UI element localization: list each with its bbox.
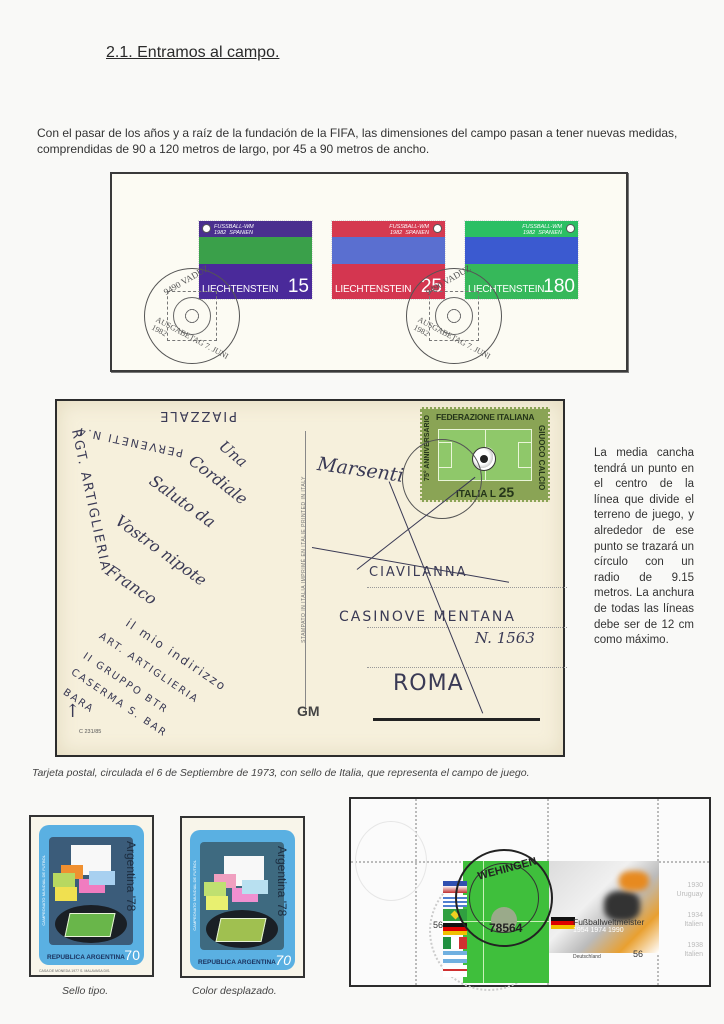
germany-souvenir-sheet: 56 Fußballweltmeister 1954 1974 1990 Deu… bbox=[349, 797, 711, 987]
side-description: La media cancha tendrá un punto en el ce… bbox=[594, 446, 694, 649]
winner-1938: 1938Italien bbox=[684, 941, 703, 959]
stamp-country: Deutschland bbox=[573, 954, 601, 960]
address-number: N. 1563 bbox=[475, 629, 535, 647]
stamp-country: LIECHTENSTEIN bbox=[335, 284, 411, 295]
winner-1934: 1934Italien bbox=[684, 911, 703, 929]
publisher-logo: GM bbox=[297, 703, 320, 719]
card-code: C 231/85 bbox=[79, 729, 101, 735]
stamp-value-right: 56 bbox=[633, 949, 643, 959]
address-underline bbox=[373, 718, 540, 721]
stamp-value: 15 bbox=[288, 277, 309, 297]
football-icon bbox=[202, 224, 211, 233]
intro-paragraph: Con el pasar de los años y a raíz de la … bbox=[37, 125, 697, 157]
football-icon bbox=[566, 224, 575, 233]
postmark-vaduz-left: 9490 VADUZ AUSGABETAG 7. JUNI 1982 bbox=[144, 268, 240, 364]
stamp-argentina-normal: Argentina '78 CAMPEONATO MUNDIAL DE FUTB… bbox=[29, 815, 154, 977]
postmark-vaduz-right: 9490 VADUZ AUSGABETAG 7. JUNI 1982 bbox=[406, 268, 502, 364]
stamp-imprint: CASA DE MONEDA 1977 S. MALAVASA DIS. bbox=[39, 969, 110, 973]
stamp-value: 70 bbox=[275, 952, 291, 968]
handwriting-line: Una bbox=[215, 437, 251, 471]
arrow-up-icon: ↑ bbox=[65, 701, 80, 722]
football-icon bbox=[433, 224, 442, 233]
stamp-title: Argentina '78 bbox=[124, 841, 138, 911]
handwriting-line: PERVENETI N.4 bbox=[76, 424, 185, 459]
handwriting-line: PIAZZALE bbox=[158, 408, 237, 423]
football-field-illustration bbox=[215, 918, 266, 942]
postcard: PIAZZALE PERVENETI N.4 RGT. ARTIGLIERIA … bbox=[55, 399, 565, 757]
stamp-value: 180 bbox=[543, 277, 575, 297]
page-title: 2.1. Entramos al campo. bbox=[106, 44, 279, 62]
liechtenstein-stamp-card: FUSSBALL-WM 1982 SPANIEN LIECHTENSTEIN 1… bbox=[110, 172, 628, 372]
address-city: ROMA bbox=[393, 671, 464, 696]
stamp-side-text: CAMPEONATO MUNDIAL DE FUTBOL bbox=[41, 855, 46, 926]
stamp-header: FUSSBALL-WM 1982 SPANIEN bbox=[214, 224, 254, 236]
stamp-country: REPUBLICA ARGENTINA bbox=[47, 954, 125, 961]
stamp-italia-25: FEDERAZIONE ITALIANA 75° ANNIVERSARIO GI… bbox=[420, 407, 550, 502]
stamp-header: FUSSBALL-WM 1982 SPANIEN bbox=[522, 224, 562, 236]
stamp-country: REPUBLICA ARGENTINA bbox=[198, 959, 276, 966]
printed-in-italy-text: STAMPATO IN ITALIA IMPRIMÉ EN ITALIE PRI… bbox=[301, 476, 307, 643]
stamp-value-left: 56 bbox=[433, 920, 443, 930]
address-street: CASINOVE MENTANA bbox=[339, 609, 516, 625]
stamp-title: Fußballweltmeister bbox=[573, 917, 644, 927]
address-greeting: Marsenti bbox=[316, 453, 405, 487]
stamp-top-text: FEDERAZIONE ITALIANA bbox=[436, 412, 534, 422]
stamp-header: FUSSBALL-WM 1982 SPANIEN bbox=[389, 224, 429, 236]
caption-sello-tipo: Sello tipo. bbox=[62, 985, 108, 997]
winner-1930: 1930Uruguay bbox=[677, 881, 703, 899]
postmark-zip: 78564 bbox=[489, 921, 522, 935]
handwriting-line: Franco bbox=[102, 561, 160, 609]
postmark-wehingen: WEHINGEN 78564 bbox=[455, 849, 553, 947]
stamp-right-text: GIUOCO CALCIO bbox=[537, 425, 546, 490]
stamp-value: 70 bbox=[124, 947, 140, 963]
flag-germany-icon bbox=[551, 917, 575, 929]
postcard-caption: Tarjeta postal, circulada el 6 de Septie… bbox=[32, 767, 530, 779]
football-players-photo bbox=[549, 861, 659, 953]
stamp-side-text: CAMPEONATO MUNDIAL DE FUTBOL bbox=[192, 860, 197, 931]
stamp-years: 1954 1974 1990 bbox=[573, 927, 624, 934]
caption-color-desplazado: Color desplazado. bbox=[192, 985, 277, 997]
football-field-illustration bbox=[64, 913, 115, 937]
football-watermark-icon bbox=[355, 821, 427, 901]
stamp-title: Argentina '78 bbox=[275, 846, 289, 916]
stamp-argentina-shifted: Argentina '78 CAMPEONATO MUNDIAL DE FUTB… bbox=[180, 816, 305, 978]
handwriting-line: RGT. ARTIGLIERIA bbox=[68, 428, 113, 573]
